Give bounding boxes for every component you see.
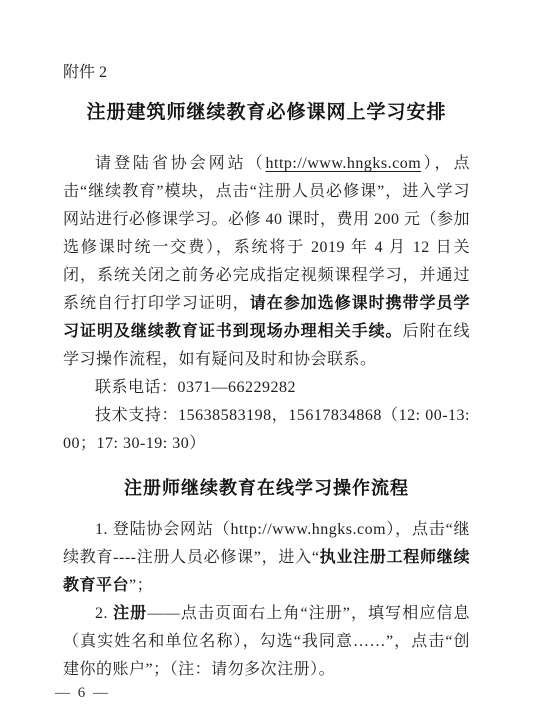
- attachment-label: 附件 2: [63, 62, 470, 84]
- document-page: 附件 2 注册建筑师继续教育必修课网上学习安排 请登陆省协会网站（http://…: [0, 0, 533, 714]
- intro-paragraph: 请登陆省协会网站（http://www.hngks.com），点击“继续教育”模…: [63, 150, 470, 374]
- section-title: 注册师继续教育在线学习操作流程: [63, 474, 470, 502]
- step-2-number: 2.: [95, 605, 113, 622]
- intro-text-1: 请登陆省协会网站（: [95, 155, 266, 172]
- intro-text-2: ），点击“继续教育”模块，点击“注册人员必修课”，进入学习网站进行必修课学习。必…: [63, 155, 470, 312]
- association-website-url: http://www.hngks.com: [266, 155, 422, 172]
- page-number: — 6 —: [55, 685, 110, 702]
- step-1-paragraph: 1. 登陆协会网站（http://www.hngks.com），点击“继续教育-…: [63, 516, 470, 600]
- step-2-paragraph: 2. 注册——点击页面右上角“注册”，填写相应信息（真实姓名和单位名称），勾选“…: [63, 600, 470, 684]
- tech-support-line: 技术支持：15638583198，15617834868（12: 00-13: …: [63, 402, 470, 458]
- document-title: 注册建筑师继续教育必修课网上学习安排: [63, 100, 470, 126]
- step-1-text-2: ”；: [129, 577, 153, 594]
- contact-phone-line: 联系电话：0371—66229282: [63, 374, 470, 402]
- step-2-bold-register: 注册: [113, 605, 147, 622]
